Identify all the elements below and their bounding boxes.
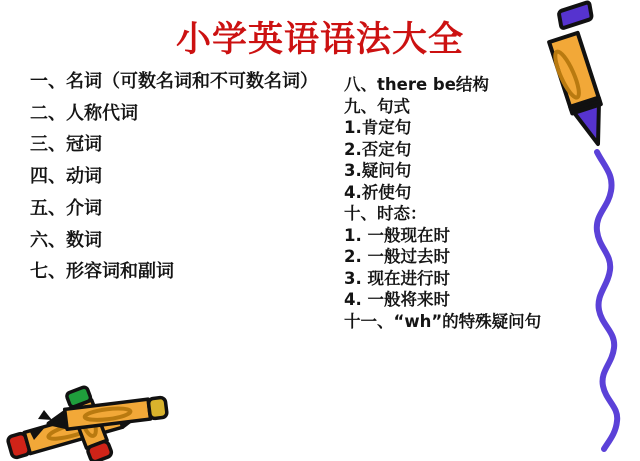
wavy-line xyxy=(597,152,617,449)
grammar-list-left: 一、名词（可数名词和不可数名词） 二、人称代词 三、冠词 四、动词 五、介词 六… xyxy=(30,66,318,288)
list-item: 三、冠词 xyxy=(30,129,318,161)
crossed-crayons-icon xyxy=(7,386,167,461)
list-item: 六、数词 xyxy=(30,225,318,257)
list-item: 2. 一般过去时 xyxy=(344,246,541,268)
list-item: 八、there be结构 xyxy=(344,74,541,96)
list-item: 七、形容词和副词 xyxy=(30,256,318,288)
grammar-list-right: 八、there be结构 九、句式 1.肯定句 2.否定句 3.疑问句 4.祈使… xyxy=(344,74,541,332)
list-item: 3. 现在进行时 xyxy=(344,268,541,290)
list-item: 一、名词（可数名词和不可数名词） xyxy=(30,66,318,98)
list-item: 二、人称代词 xyxy=(30,98,318,130)
list-item: 4. 一般将来时 xyxy=(344,289,541,311)
list-item: 1. 一般现在时 xyxy=(344,225,541,247)
list-item: 1.肯定句 xyxy=(344,117,541,139)
list-item: 3.疑问句 xyxy=(344,160,541,182)
list-item: 五、介词 xyxy=(30,193,318,225)
list-item: 十一、“wh”的特殊疑问句 xyxy=(344,311,541,333)
list-item: 九、句式 xyxy=(344,96,541,118)
page-title: 小学英语语法大全 xyxy=(0,12,640,62)
list-item: 十、时态： xyxy=(344,203,541,225)
slide: 小学英语语法大全 一、名词（可数名词和不可数名词） 二、人称代词 三、冠词 四、… xyxy=(0,0,640,461)
list-item: 四、动词 xyxy=(30,161,318,193)
list-item: 2.否定句 xyxy=(344,139,541,161)
list-item: 4.祈使句 xyxy=(344,182,541,204)
